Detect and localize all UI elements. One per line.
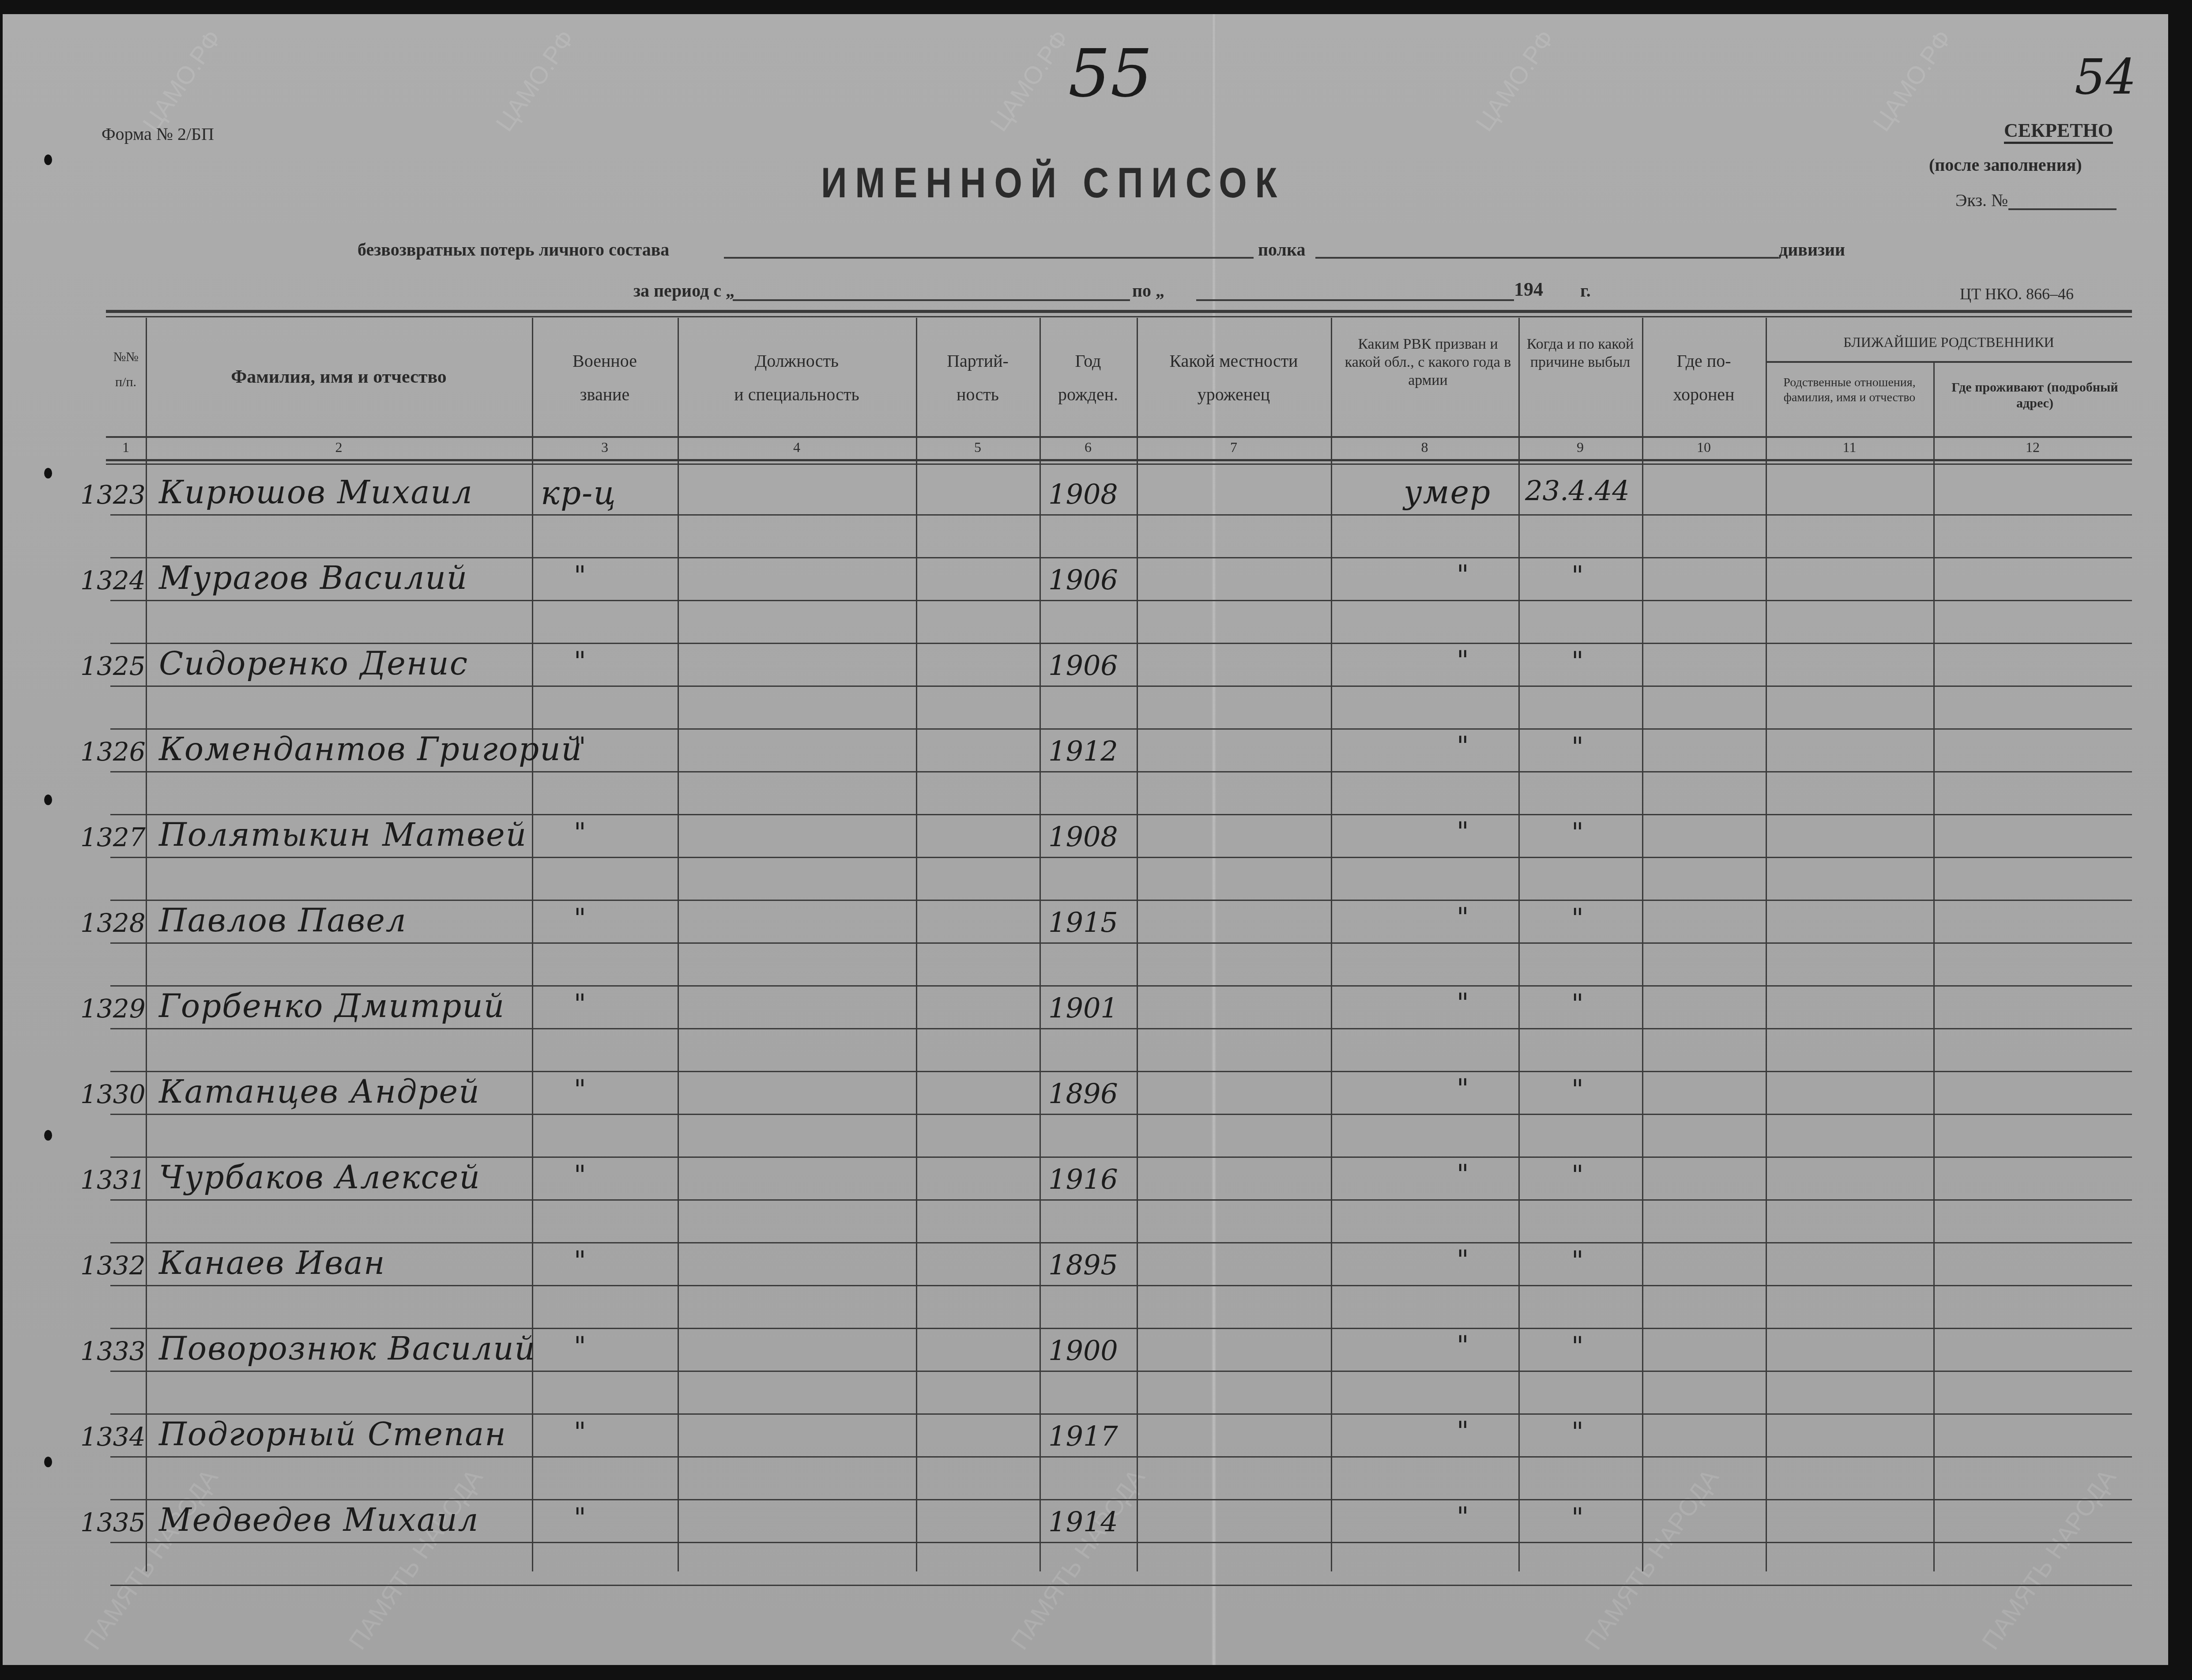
col-header-10: Где по-хоронен <box>1642 344 1766 411</box>
col-number-8: 8 <box>1331 439 1518 456</box>
soldier-name: Горбенко Дмитрий <box>159 987 505 1025</box>
military-rank: " <box>574 1074 586 1105</box>
row-number: 1325 <box>80 651 146 681</box>
row-ruling <box>110 1028 2132 1029</box>
soldier-name: Медведев Михаил <box>159 1501 479 1538</box>
departure-reason: " <box>1457 645 1469 676</box>
col-number-9: 9 <box>1518 439 1642 456</box>
departure-reason: " <box>1457 987 1469 1018</box>
military-rank: " <box>574 731 586 762</box>
form-number: Форма № 2/БП <box>102 124 214 144</box>
row-ruling <box>110 728 2132 730</box>
row-ruling <box>110 557 2132 558</box>
regiment-fill-line <box>724 257 1254 259</box>
column-divider <box>678 318 679 1571</box>
military-rank: кр-ц <box>541 475 617 512</box>
departure-reason: " <box>1457 1330 1469 1361</box>
column-divider <box>146 318 147 1571</box>
col-header-12: Где проживают (подробный адрес) <box>1942 380 2128 411</box>
departure-date: " <box>1571 1245 1584 1276</box>
military-rank: " <box>574 903 586 934</box>
row-ruling <box>110 771 2132 772</box>
departure-reason: " <box>1457 1501 1469 1532</box>
period-year-suffix: г. <box>1580 280 1591 301</box>
row-number: 1323 <box>80 480 146 510</box>
col-header-8: Каким РВК призван и какой обл., с какого… <box>1342 335 1514 389</box>
soldier-name: Павлов Павел <box>159 902 407 939</box>
departure-date: " <box>1571 731 1584 762</box>
row-number: 1333 <box>80 1336 146 1366</box>
col-header-9: Когда и по какой причине выбыл <box>1525 335 1635 372</box>
departure-date: " <box>1571 903 1584 934</box>
departure-date: " <box>1571 1331 1584 1362</box>
period-year: 194 <box>1514 278 1543 301</box>
period-from-line <box>733 299 1130 301</box>
birth-year: 1906 <box>1048 564 1118 596</box>
col-header-5: Партий-ность <box>916 344 1040 411</box>
row-ruling <box>110 1499 2132 1500</box>
table-top-border <box>106 310 2132 313</box>
soldier-name: Поворознюк Василий <box>159 1330 536 1367</box>
military-rank: " <box>574 1331 586 1362</box>
copy-number-line <box>2008 208 2117 210</box>
col-header-11: Родственные отношения, фамилия, имя и от… <box>1770 375 1929 405</box>
subtitle-regiment: полка <box>1258 239 1305 260</box>
table-top-border-inner <box>106 316 2132 317</box>
row-ruling <box>110 1285 2132 1286</box>
row-ruling <box>110 600 2132 601</box>
birth-year: 1908 <box>1048 478 1118 510</box>
row-ruling <box>110 1371 2132 1372</box>
row-number: 1327 <box>80 822 146 852</box>
row-ruling <box>110 985 2132 987</box>
birth-year: 1908 <box>1048 821 1118 853</box>
row-number: 1330 <box>80 1079 146 1109</box>
column-divider <box>532 318 533 1571</box>
birth-year: 1912 <box>1048 735 1118 767</box>
row-number: 1335 <box>80 1507 146 1537</box>
birth-year: 1895 <box>1048 1249 1118 1281</box>
print-code: ЦТ НКО. 866–46 <box>1960 285 2074 303</box>
col-header-1: №№п/п. <box>106 344 146 395</box>
row-ruling <box>110 1413 2132 1415</box>
row-ruling <box>110 900 2132 901</box>
col-header-4: Должностьи специальность <box>678 344 916 411</box>
row-number: 1332 <box>80 1251 146 1281</box>
header-divider <box>106 436 2132 438</box>
period-to-line <box>1196 299 1514 301</box>
col-header-7: Какой местностиуроженец <box>1137 344 1331 411</box>
column-divider <box>916 318 917 1571</box>
departure-reason: " <box>1457 559 1469 590</box>
row-number: 1328 <box>80 908 146 938</box>
birth-year: 1915 <box>1048 906 1118 938</box>
birth-year: 1916 <box>1048 1163 1118 1195</box>
punch-hole <box>44 154 52 165</box>
departure-reason: " <box>1457 1244 1469 1275</box>
relatives-group-header: БЛИЖАЙШИЕ РОДСТВЕННИКИ <box>1766 329 2132 356</box>
departure-reason: " <box>1457 1159 1469 1190</box>
row-ruling <box>110 514 2132 516</box>
departure-date: " <box>1571 646 1584 677</box>
soldier-name: Чурбаков Алексей <box>159 1159 481 1196</box>
header-bottom-border <box>106 459 2132 461</box>
col-number-2: 2 <box>146 439 532 456</box>
military-rank: " <box>574 988 586 1019</box>
military-rank: " <box>574 1416 586 1447</box>
column-divider <box>1766 318 1767 1571</box>
row-ruling <box>110 686 2132 687</box>
col-header-6: Годрожден. <box>1040 344 1137 411</box>
subtitle-losses: безвозвратных потерь личного состава <box>358 239 669 260</box>
birth-year: 1914 <box>1048 1506 1118 1538</box>
row-ruling <box>110 1156 2132 1158</box>
classification-label: СЕКРЕТНО <box>2004 119 2113 144</box>
row-number: 1334 <box>80 1422 146 1452</box>
military-rank: " <box>574 646 586 677</box>
crossed-page-number: 55 <box>1068 35 1152 112</box>
column-divider <box>1137 318 1138 1571</box>
departure-date: " <box>1571 817 1584 848</box>
col-number-11: 11 <box>1766 439 1933 456</box>
column-divider <box>1040 318 1041 1571</box>
row-ruling <box>110 814 2132 815</box>
row-ruling <box>110 1585 2132 1586</box>
column-divider <box>1331 318 1332 1571</box>
col-header-2: Фамилия, имя и отчество <box>146 360 532 395</box>
soldier-name: Катанцев Андрей <box>159 1073 480 1110</box>
departure-date: 23.4.44 <box>1525 475 1630 507</box>
departure-date: " <box>1571 1416 1584 1447</box>
soldier-name: Мурагов Василий <box>159 559 468 596</box>
col-number-7: 7 <box>1137 439 1331 456</box>
row-ruling <box>110 1542 2132 1543</box>
col-number-10: 10 <box>1642 439 1766 456</box>
departure-date: " <box>1571 560 1584 591</box>
column-divider <box>1518 318 1520 1571</box>
departure-reason: " <box>1457 1416 1469 1446</box>
soldier-name: Канаев Иван <box>159 1244 385 1281</box>
classification-note: (после заполнения) <box>1929 154 2082 175</box>
column-divider <box>1642 318 1643 1571</box>
military-rank: " <box>574 1160 586 1190</box>
departure-reason: " <box>1457 731 1469 761</box>
copy-number-label: Экз. № <box>1955 190 2008 211</box>
soldier-name: Подгорный Степан <box>159 1416 507 1453</box>
departure-date: " <box>1571 1160 1584 1190</box>
birth-year: 1901 <box>1048 992 1118 1024</box>
col-number-4: 4 <box>678 439 916 456</box>
row-ruling <box>110 1071 2132 1072</box>
departure-date: " <box>1571 988 1584 1019</box>
col-number-5: 5 <box>916 439 1040 456</box>
military-rank: " <box>574 817 586 848</box>
departure-reason: " <box>1457 816 1469 847</box>
col-number-3: 3 <box>532 439 678 456</box>
military-rank: " <box>574 560 586 591</box>
military-rank: " <box>574 1245 586 1276</box>
row-number: 1324 <box>80 565 146 595</box>
row-ruling <box>110 1456 2132 1458</box>
division-fill-line <box>1315 257 1779 259</box>
punch-hole <box>44 1130 52 1141</box>
punch-hole <box>44 1457 52 1467</box>
row-ruling <box>110 1328 2132 1329</box>
row-number: 1331 <box>80 1165 146 1195</box>
departure-reason: " <box>1457 902 1469 933</box>
row-ruling <box>110 1114 2132 1115</box>
col-number-6: 6 <box>1040 439 1137 456</box>
row-ruling <box>110 643 2132 644</box>
departure-date: " <box>1571 1502 1584 1533</box>
departure-date: " <box>1571 1074 1584 1105</box>
row-number: 1326 <box>80 737 146 767</box>
col-header-3: Военноезвание <box>532 344 678 411</box>
row-number: 1329 <box>80 994 146 1024</box>
period-from-label: за период с „ <box>633 280 734 301</box>
soldier-name: Комендантов Григорий <box>159 731 583 768</box>
soldier-name: Полятыкин Матвей <box>159 816 527 853</box>
col-number-1: 1 <box>106 439 146 456</box>
departure-reason: умер <box>1404 474 1491 511</box>
row-ruling <box>110 857 2132 858</box>
page-number: 54 <box>2075 49 2136 105</box>
punch-hole <box>44 468 52 478</box>
subtitle-division: дивизии <box>1779 239 1845 260</box>
soldier-name: Сидоренко Денис <box>159 645 468 682</box>
column-divider <box>1933 362 1935 1571</box>
birth-year: 1896 <box>1048 1077 1118 1110</box>
document-title: ИМЕННОЙ СПИСОК <box>821 159 1285 207</box>
col-number-12: 12 <box>1933 439 2132 456</box>
birth-year: 1917 <box>1048 1420 1118 1452</box>
row-ruling <box>110 942 2132 944</box>
header-bottom-border-inner <box>106 463 2132 465</box>
punch-hole <box>44 795 52 805</box>
row-ruling <box>110 1242 2132 1243</box>
departure-reason: " <box>1457 1073 1469 1104</box>
birth-year: 1906 <box>1048 649 1118 682</box>
soldier-name: Кирюшов Михаил <box>159 474 473 511</box>
period-to-label: по „ <box>1132 280 1164 301</box>
paper-fold <box>1212 14 1216 1665</box>
military-rank: " <box>574 1502 586 1533</box>
birth-year: 1900 <box>1048 1334 1118 1367</box>
relatives-group-divider <box>1766 361 2132 363</box>
row-ruling <box>110 1199 2132 1201</box>
